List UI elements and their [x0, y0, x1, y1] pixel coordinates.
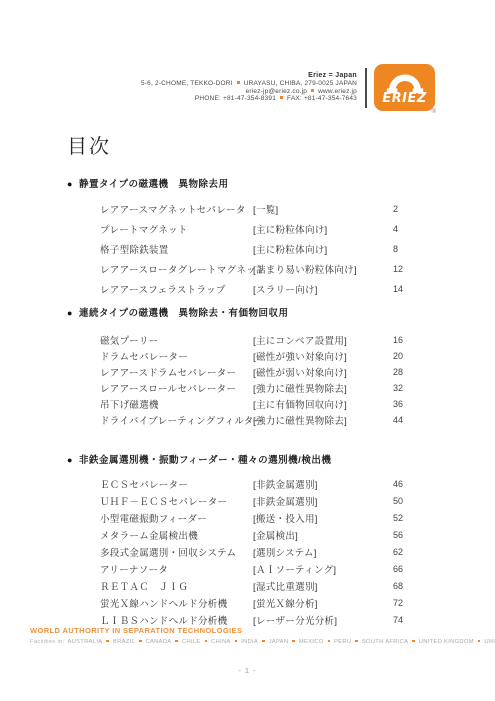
- page-number: 46: [393, 479, 495, 489]
- toc-row: 磁気プーリー[主にコンベア設置用]16: [100, 332, 495, 348]
- page-number: 66: [393, 564, 495, 574]
- footer-tagline: WORLD AUTHORITY IN SEPARATION TECHNOLOGI…: [30, 626, 242, 635]
- product-name: レアアースロールセパレーター: [100, 381, 253, 395]
- separator-square-icon: [237, 81, 240, 84]
- product-tag: [主にコンベア設置用]: [253, 333, 393, 347]
- product-tag: [搬送・投入用]: [253, 511, 393, 525]
- page-number: 2: [393, 204, 495, 214]
- product-tag: [磁性が弱い対象向け]: [253, 365, 393, 379]
- toc-row: メタラーム金属検出機[金属検出]56: [100, 526, 495, 543]
- page-number: 16: [393, 335, 495, 345]
- toc-row: ＵＨＦ－ＥＣＳセパレーター[非鉄金属選別]50: [100, 492, 495, 509]
- product-tag: [金属検出]: [253, 528, 393, 542]
- facility-item: CANADA: [135, 639, 171, 645]
- facility-item: BRAZIL: [102, 639, 135, 645]
- product-name: プレートマグネット: [100, 222, 253, 236]
- toc-row: レアアースフェラストラップ[スラリー向け]14: [100, 279, 495, 299]
- section-heading-label: 連続タイプの磁選機 異物除去・有価物回収用: [79, 308, 289, 319]
- product-tag: [磁性が強い対象向け]: [253, 349, 393, 363]
- product-name: メタラーム金属検出機: [100, 528, 253, 542]
- product-name: ドライバイブレーティングフィルター: [100, 413, 253, 427]
- product-name: レアアースマグネットセパレータ: [100, 202, 253, 216]
- bullet-icon: ●: [67, 179, 73, 189]
- facility-item: UNITED STATES: [474, 639, 495, 645]
- toc-rows: 磁気プーリー[主にコンベア設置用]16 ドラムセパレーター[磁性が強い対象向け]…: [100, 332, 495, 428]
- bullet-icon: ●: [67, 308, 73, 318]
- product-name: 蛍光Ｘ線ハンドヘルド分析機: [100, 596, 253, 610]
- product-tag: [非鉄金属選別]: [253, 494, 393, 508]
- toc-section-static-type: ●静置タイプの磁選機 異物除去用 レアアースマグネットセパレータ[一覧]2 プレ…: [67, 178, 495, 299]
- toc-row: ＥＣＳセパレーター[非鉄金属選別]46: [100, 475, 495, 492]
- company-address-block: Eriez = Japan 5-6, 2-CHOME, TEKKO-DORIUR…: [141, 72, 357, 102]
- product-name: 格子型除鉄装置: [100, 242, 253, 256]
- toc-row: レアアースロールセパレーター[強力に磁性異物除去]32: [100, 380, 495, 396]
- product-name: ＵＨＦ－ＥＣＳセパレーター: [100, 494, 253, 508]
- header-divider: [365, 68, 367, 108]
- product-tag: [一覧]: [253, 202, 393, 216]
- address-line: 5-6, 2-CHOME, TEKKO-DORIURAYASU, CHIBA, …: [141, 80, 357, 88]
- facility-item: SOUTH AFRICA: [351, 639, 408, 645]
- page-number: 32: [393, 383, 495, 393]
- product-name: ＬＩＢＳハンドヘルド分析機: [100, 613, 253, 627]
- toc-rows: ＥＣＳセパレーター[非鉄金属選別]46 ＵＨＦ－ＥＣＳセパレーター[非鉄金属選別…: [100, 475, 495, 628]
- page-number: 36: [393, 399, 495, 409]
- page-number: 4: [393, 224, 495, 234]
- page-number: 20: [393, 351, 495, 361]
- facility-item: UNITED KINGDOM: [408, 639, 474, 645]
- document-page: Eriez = Japan 5-6, 2-CHOME, TEKKO-DORIUR…: [0, 0, 495, 701]
- facility-item: AUSTRALIA: [67, 639, 102, 645]
- product-tag: [スラリー向け]: [253, 282, 393, 296]
- toc-section-continuous-type: ●連続タイプの磁選機 異物除去・有価物回収用 磁気プーリー[主にコンベア設置用]…: [67, 307, 495, 428]
- toc-row: 多段式金属選別・回収システム[選別システム]62: [100, 543, 495, 560]
- section-heading-label: 静置タイプの磁選機 異物除去用: [79, 179, 229, 190]
- page-number: 74: [393, 615, 495, 625]
- toc-row: レアアースマグネットセパレータ[一覧]2: [100, 199, 495, 219]
- product-tag: [非鉄金属選別]: [253, 477, 393, 491]
- toc-row: レアアースドラムセパレーター[磁性が弱い対象向け]28: [100, 364, 495, 380]
- facility-item: JAPAN: [258, 639, 288, 645]
- toc-row: ＲＥＴＡＣ ＪＩＧ[湿式比重選別]68: [100, 577, 495, 594]
- toc-row: アリーナソータ[ＡＩソーティング]66: [100, 560, 495, 577]
- toc-row: 蛍光Ｘ線ハンドヘルド分析機[蛍光Ｘ線分析]72: [100, 594, 495, 611]
- facility-item: CHINA: [201, 639, 231, 645]
- page-number: 28: [393, 367, 495, 377]
- page-title: 目次: [67, 135, 495, 159]
- address-city: URAYASU, CHIBA, 279-0025 JAPAN: [244, 80, 357, 87]
- page-number: 44: [393, 415, 495, 425]
- logo-wordmark: ERIEZ: [382, 92, 427, 105]
- facilities-label: Facilities in:: [30, 639, 64, 645]
- product-tag: [強力に磁性異物除去]: [253, 381, 393, 395]
- facility-item: INDIA: [231, 639, 258, 645]
- product-tag: [主に有価物回収向け]: [253, 397, 393, 411]
- page-number: 14: [393, 284, 495, 294]
- section-heading: ●静置タイプの磁選機 異物除去用: [67, 178, 495, 191]
- page-footer-number: - 1 -: [0, 666, 495, 675]
- product-name: 磁気プーリー: [100, 333, 253, 347]
- product-name: 吊下げ磁選機: [100, 397, 253, 411]
- separator-square-icon: [280, 96, 283, 99]
- product-tag: [湿式比重選別]: [253, 579, 393, 593]
- page-number: 68: [393, 581, 495, 591]
- toc-row: レアアースロータグレートマグネット[詰まり易い粉粒体向け]12: [100, 259, 495, 279]
- toc-row: プレートマグネット[主に粉粒体向け]4: [100, 219, 495, 239]
- phone-line: PHONE: +81-47-354-8391FAX: +81-47-354-76…: [141, 95, 357, 103]
- email-text: eriez-jp@eriez.co.jp: [246, 88, 308, 95]
- toc-row: 小型電磁振動フィーダー[搬送・投入用]52: [100, 509, 495, 526]
- section-heading-label: 非鉄金属選別機・振動フィーダー・種々の選別機/検出機: [79, 455, 331, 466]
- phone-text: PHONE: +81-47-354-8391: [195, 95, 276, 102]
- product-name: ＲＥＴＡＣ ＪＩＧ: [100, 579, 253, 593]
- page-number: 62: [393, 547, 495, 557]
- facilities-list: Facilities in:AUSTRALIABRAZILCANADACHILE…: [30, 639, 495, 645]
- product-tag: [強力に磁性異物除去]: [253, 413, 393, 427]
- eriez-logo: ERIEZ ®: [374, 64, 435, 111]
- product-tag: [レーザー分光分析]: [253, 613, 393, 627]
- section-heading: ●非鉄金属選別機・振動フィーダー・種々の選別機/検出機: [67, 454, 495, 467]
- page-number: 50: [393, 496, 495, 506]
- product-name: レアアースドラムセパレーター: [100, 365, 253, 379]
- product-tag: [主に粉粒体向け]: [253, 222, 393, 236]
- facility-item: PERU: [324, 639, 352, 645]
- brand-line: Eriez = Japan: [141, 72, 357, 80]
- toc-row: 吊下げ磁選機[主に有価物回収向け]36: [100, 396, 495, 412]
- facility-item: MEXICO: [288, 639, 323, 645]
- page-number: 56: [393, 530, 495, 540]
- product-name: 多段式金属選別・回収システム: [100, 545, 253, 559]
- product-tag: [蛍光Ｘ線分析]: [253, 596, 393, 610]
- product-name: アリーナソータ: [100, 562, 253, 576]
- product-tag: [詰まり易い粉粒体向け]: [253, 262, 393, 276]
- product-name: レアアースロータグレートマグネット: [100, 262, 253, 276]
- facility-item: CHILE: [171, 639, 200, 645]
- address-street: 5-6, 2-CHOME, TEKKO-DORI: [141, 80, 233, 87]
- page-number: 52: [393, 513, 495, 523]
- separator-square-icon: [311, 89, 314, 92]
- product-tag: [ＡＩソーティング]: [253, 562, 393, 576]
- fax-text: FAX: +81-47-354-7643: [287, 95, 357, 102]
- registered-trademark-icon: ®: [432, 109, 436, 115]
- bullet-icon: ●: [67, 455, 73, 465]
- product-tag: [主に粉粒体向け]: [253, 242, 393, 256]
- product-name: 小型電磁振動フィーダー: [100, 511, 253, 525]
- website-text: www.eriez.jp: [318, 88, 357, 95]
- page-number: 8: [393, 244, 495, 254]
- product-name: レアアースフェラストラップ: [100, 282, 253, 296]
- page-number: 72: [393, 598, 495, 608]
- page-header: Eriez = Japan 5-6, 2-CHOME, TEKKO-DORIUR…: [141, 64, 435, 111]
- page-number: 12: [393, 264, 495, 274]
- toc-row: ドライバイブレーティングフィルター[強力に磁性異物除去]44: [100, 412, 495, 428]
- toc-row: 格子型除鉄装置[主に粉粒体向け]8: [100, 239, 495, 259]
- contact-line: eriez-jp@eriez.co.jpwww.eriez.jp: [141, 88, 357, 96]
- product-name: ドラムセパレーター: [100, 349, 253, 363]
- toc-row: ドラムセパレーター[磁性が強い対象向け]20: [100, 348, 495, 364]
- section-heading: ●連続タイプの磁選機 異物除去・有価物回収用: [67, 307, 495, 320]
- product-tag: [選別システム]: [253, 545, 393, 559]
- toc-section-nonferrous: ●非鉄金属選別機・振動フィーダー・種々の選別機/検出機 ＥＣＳセパレーター[非鉄…: [67, 454, 495, 628]
- product-name: ＥＣＳセパレーター: [100, 477, 253, 491]
- toc-rows: レアアースマグネットセパレータ[一覧]2 プレートマグネット[主に粉粒体向け]4…: [100, 199, 495, 299]
